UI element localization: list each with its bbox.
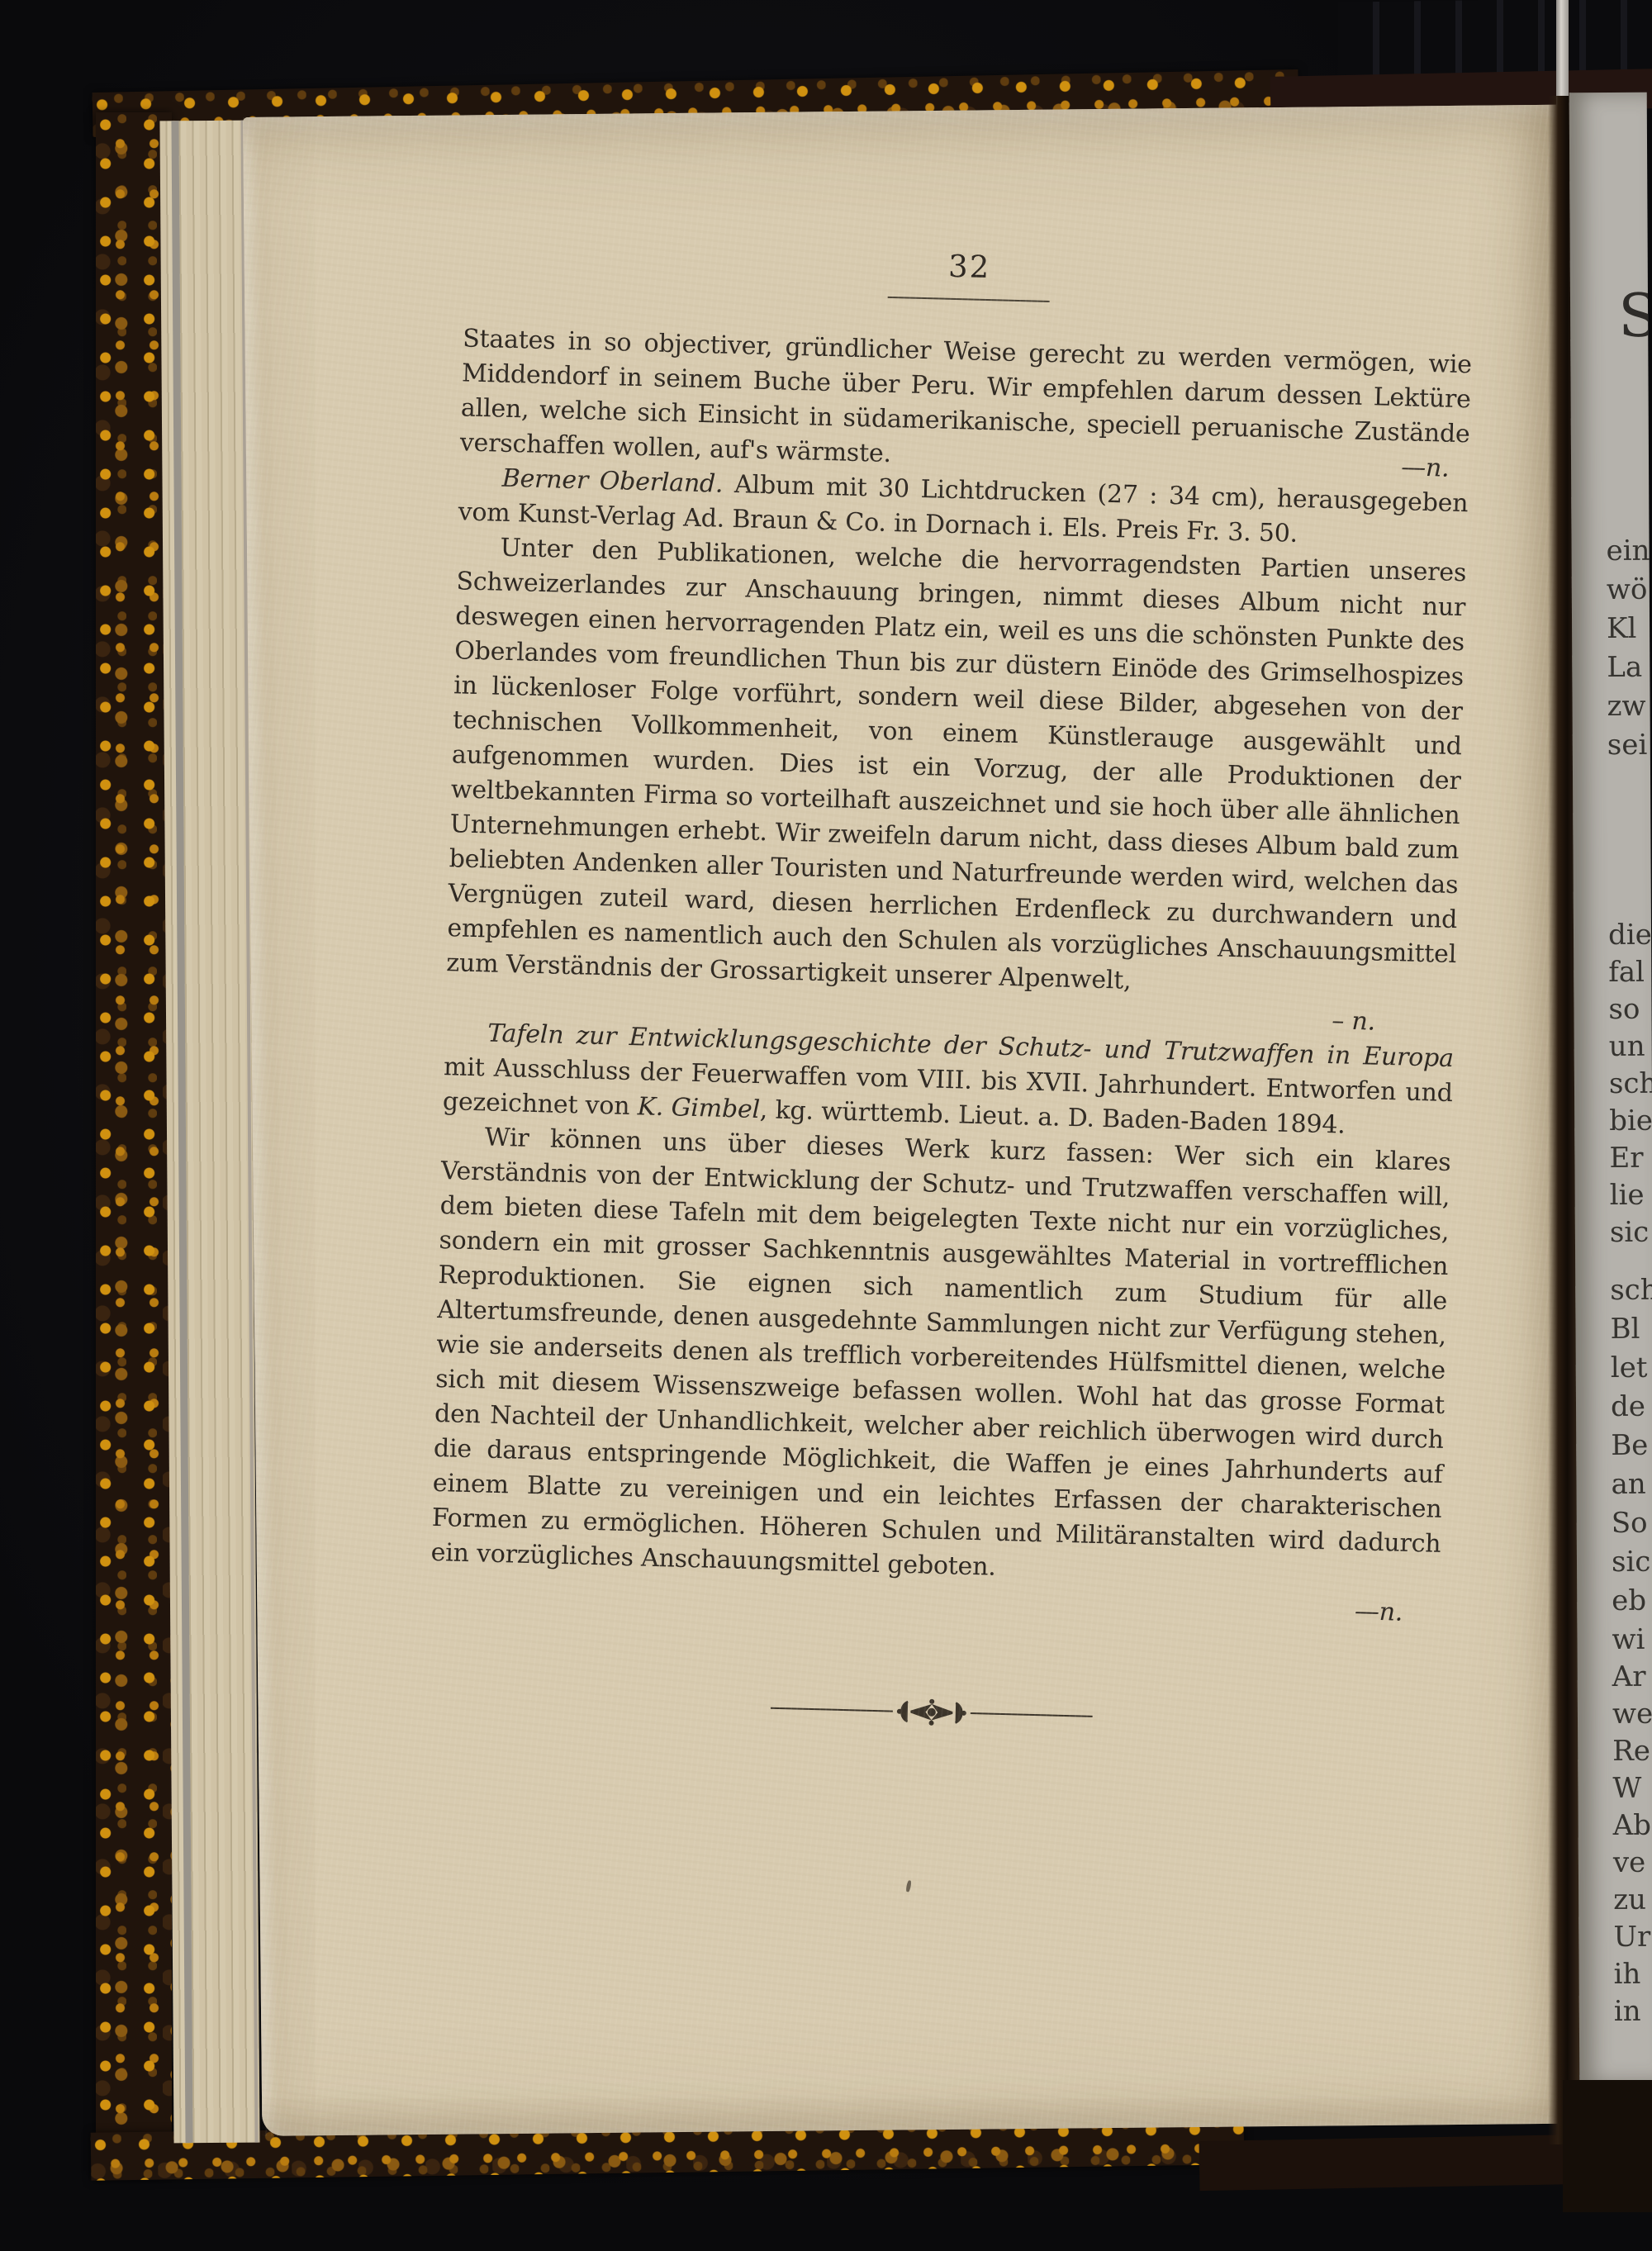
book-cover-edge-bottom-right: [1199, 2135, 1587, 2191]
page-edge-text-fragment: an: [1611, 1470, 1645, 1498]
page-number-rule: [888, 297, 1050, 302]
book-cover-edge-right-bottom: [1563, 2080, 1652, 2212]
page-edge-text-fragment: sei: [1607, 731, 1648, 759]
paragraph-tafeln-review: Wir können uns über dieses Werk kurz fas…: [430, 1119, 1451, 1597]
page-edge-text-fragment: Bl: [1610, 1315, 1640, 1343]
page-edge-text-fragment: ve: [1613, 1849, 1646, 1877]
page-edge-gray-line: [171, 121, 192, 2143]
page-edge-text-fragment: Kl: [1607, 615, 1636, 643]
page-edge-text-fragment: Be: [1611, 1432, 1648, 1460]
page-edge-text-fragment: un: [1609, 1033, 1645, 1061]
book-title-italic: Berner Oberland.: [501, 464, 724, 499]
page-edge-text-fragment: so: [1608, 995, 1640, 1023]
ornament-divider-icon: [426, 1681, 1436, 1754]
page-edge-text-fragment: wi: [1612, 1626, 1645, 1654]
page-edge-text-fragment: Ur: [1613, 1923, 1650, 1951]
paragraph-text: Unter den Publikationen, welche die herv…: [446, 534, 1467, 995]
page-edge-text-fragment: Ar: [1612, 1663, 1646, 1691]
page-edge-text-fragment: Ab: [1613, 1812, 1652, 1840]
book-scan-photo: { "colors":{ "background":"#0b0b0d", "pa…: [0, 0, 1652, 2251]
page-edge-text-fragment: in: [1614, 1997, 1641, 2025]
page-edge-text-fragment: zw: [1607, 692, 1645, 720]
page-edge-text-fragment: eb: [1612, 1587, 1646, 1615]
paragraph-text: Wir können uns über dieses Werk kurz fas…: [430, 1123, 1451, 1581]
page-edge-text-fragment: ih: [1614, 1960, 1641, 1988]
page-edge-text-fragment: die: [1608, 921, 1652, 949]
ink-speck: [905, 1880, 912, 1892]
page-edge-text-fragment: we: [1612, 1700, 1652, 1728]
page-edge-text-fragment: La: [1607, 653, 1642, 681]
page-edge-text-fragment: sch: [1610, 1276, 1652, 1304]
page-edge-stack: [159, 121, 259, 2144]
page-edge-text-fragment: de: [1611, 1393, 1645, 1421]
page-edge-text-fragment: zu: [1613, 1886, 1646, 1914]
page-edge-text-fragment: sch: [1609, 1070, 1652, 1098]
page-edge-text-fragment: fal: [1608, 958, 1645, 986]
page-edge-text-fragment: let: [1611, 1354, 1648, 1382]
page-edge-text-fragment: So: [1612, 1509, 1648, 1537]
page-edge-text-fragment: wö: [1607, 576, 1648, 604]
page-edge-text-fragment: lie: [1610, 1181, 1645, 1209]
page-number: 32: [464, 237, 1474, 297]
book-cover-marble-left: [96, 112, 172, 2171]
page-edge-text-fragment: Er: [1609, 1144, 1643, 1172]
page-edge-text-fragment: bie: [1609, 1107, 1652, 1135]
page-edge-text-fragment: ein: [1607, 537, 1650, 565]
page-edge-text-fragment: sic: [1612, 1548, 1651, 1576]
facing-page-sliver: S einwöKlLazwseidiefalsounschbieErliesic…: [1569, 93, 1652, 2083]
facing-page-heading-fragment: S: [1618, 286, 1652, 345]
book-page: 32 Staates in so objectiver, gründlicher…: [243, 105, 1578, 2136]
paragraph-album-review: Unter den Publikationen, welche die herv…: [446, 530, 1467, 1007]
page-text-block: 32 Staates in so objectiver, gründlicher…: [426, 237, 1474, 1753]
author-name-italic: K. Gimbel: [637, 1092, 760, 1124]
page-edge-text-fragment: sic: [1610, 1218, 1650, 1247]
page-edge-text-fragment: W: [1612, 1774, 1641, 1802]
page-edge-text-fragment: Re: [1612, 1737, 1650, 1765]
